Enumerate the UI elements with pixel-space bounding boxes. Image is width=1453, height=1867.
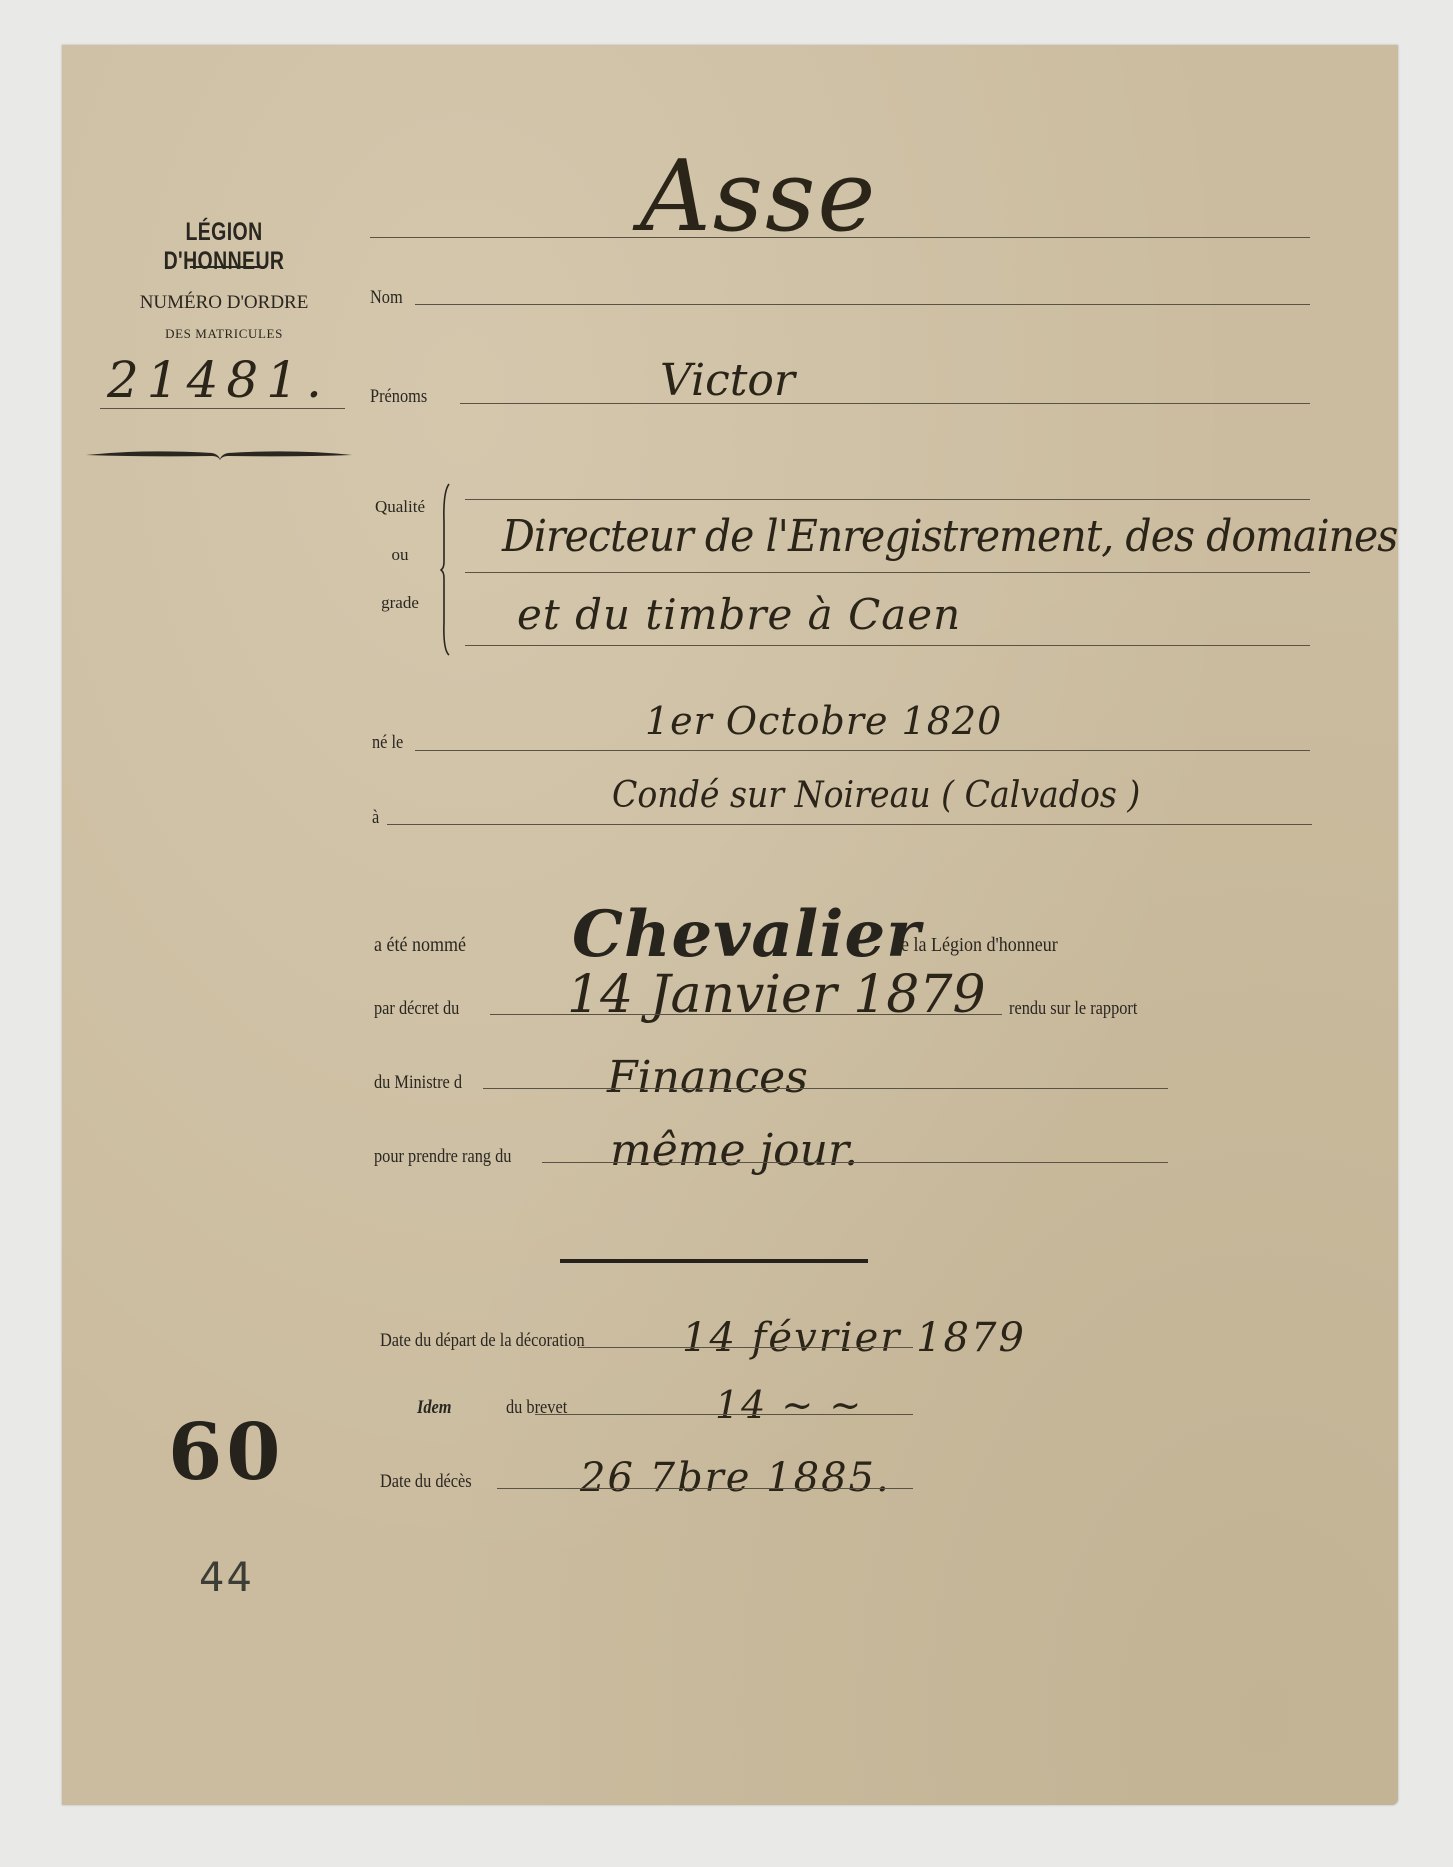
decret-line — [490, 1014, 1002, 1015]
pencil-number: 44 — [199, 1555, 254, 1601]
qualite-label: Qualité — [370, 497, 430, 517]
a-line — [387, 824, 1312, 825]
brevet-value: 14 ∼ ∼ — [715, 1383, 863, 1427]
prenoms-value: Victor — [660, 355, 795, 406]
ministre-line — [483, 1088, 1168, 1089]
flourish-divider — [84, 447, 354, 463]
order-number-label: NUMÉRO D'ORDRE — [104, 292, 344, 314]
nom-line — [415, 304, 1310, 305]
brevet-line — [535, 1414, 913, 1415]
matricules-label: DES MATRICULES — [104, 326, 344, 342]
nom-label: Nom — [370, 287, 403, 309]
deces-label: Date du décès — [380, 1471, 472, 1493]
rang-line — [542, 1162, 1168, 1163]
ne-le-line — [415, 750, 1310, 751]
ministre-label: du Ministre d — [374, 1072, 462, 1094]
stamp-number: 60 — [168, 1407, 285, 1498]
section-divider — [560, 1259, 868, 1263]
document-page: LÉGION D'HONNEUR NUMÉRO D'ORDRE DES MATR… — [62, 45, 1398, 1805]
qualite-value-line2: et du timbre à Caen — [517, 590, 961, 639]
grade-label: grade — [370, 593, 430, 613]
qualite-line-1 — [465, 499, 1310, 500]
birth-place-value: Condé sur Noireau ( Calvados ) — [612, 775, 1140, 816]
decret-date-value: 14 Janvier 1879 — [567, 965, 986, 1025]
rang-label: pour prendre rang du — [374, 1146, 511, 1168]
title-underline — [190, 266, 262, 268]
brevet-label: du brevet — [506, 1397, 567, 1419]
qualite-line-2 — [465, 572, 1310, 573]
pencil-annotation — [107, 1426, 143, 1447]
idem-label: Idem — [417, 1397, 451, 1419]
brace-icon — [440, 482, 454, 657]
decret-label: par décret du — [374, 998, 459, 1020]
depart-decoration-value: 14 février 1879 — [682, 1315, 1026, 1361]
prenoms-label: Prénoms — [370, 386, 427, 408]
qualite-line-3 — [465, 645, 1310, 646]
deces-line — [497, 1488, 913, 1489]
deces-value: 26 7bre 1885. — [580, 1455, 891, 1501]
birth-date-value: 1er Octobre 1820 — [645, 699, 1002, 743]
nom-value: Asse — [640, 140, 877, 254]
ministre-value: Finances — [607, 1052, 808, 1103]
a-label: à — [372, 807, 379, 829]
rapport-label: rendu sur le rapport — [1009, 998, 1137, 1020]
depart-line — [578, 1347, 913, 1348]
matricule-underline — [100, 408, 345, 409]
ou-label: ou — [370, 545, 430, 565]
depart-decoration-label: Date du départ de la décoration — [380, 1330, 585, 1352]
nomme-label: a été nommé — [374, 934, 466, 957]
ne-le-label: né le — [372, 732, 403, 754]
rang-value: même jour. — [610, 1125, 858, 1176]
prenoms-line — [460, 403, 1310, 404]
qualite-value-line1: Directeur de l'Enregistrement, des domai… — [502, 511, 1397, 562]
rank-chevalier: Chevalier — [572, 897, 921, 972]
legion-label: de la Légion d'honneur — [892, 934, 1058, 957]
matricule-number: 21481. — [107, 351, 330, 409]
